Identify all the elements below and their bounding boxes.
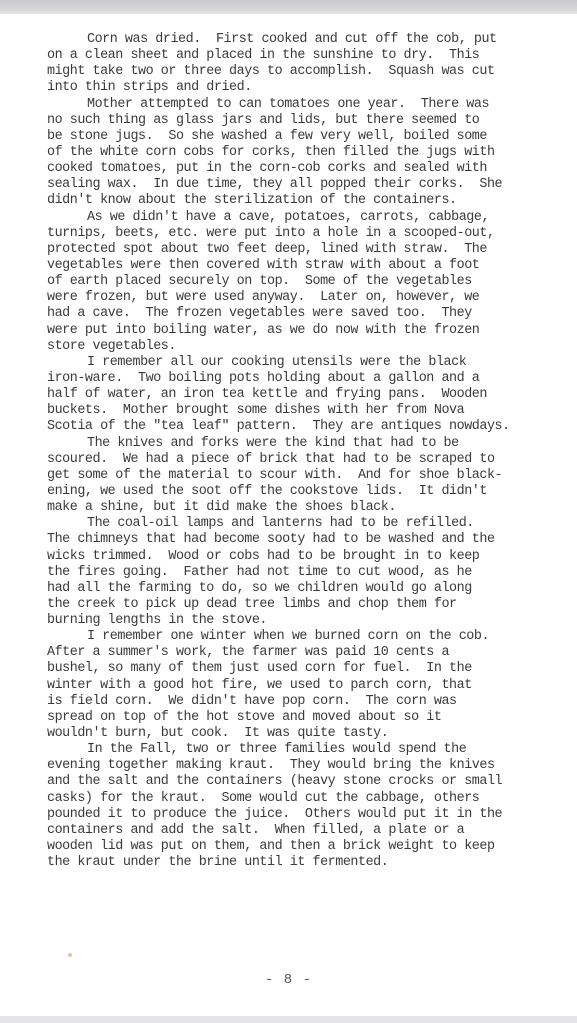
text-line: is field corn. We didn't have pop corn. … (47, 694, 567, 710)
text-line: into thin strips and dried. (47, 80, 567, 96)
text-line: casks) for the kraut. Some would cut the… (47, 791, 567, 807)
text-line: of earth placed securely on top. Some of… (47, 274, 567, 290)
document-body-text: Corn was dried. First cooked and cut off… (47, 32, 567, 871)
text-line: The knives and forks were the kind that … (47, 436, 567, 452)
text-line: ening, we used the soot off the cookstov… (47, 484, 567, 500)
text-line: had all the farming to do, so we childre… (47, 581, 567, 597)
scan-speck (68, 953, 72, 957)
text-line: Mother attempted to can tomatoes one yea… (47, 97, 567, 113)
text-line: make a shine, but it did make the shoes … (47, 500, 567, 516)
text-line: evening together making kraut. They woul… (47, 758, 567, 774)
text-line: buckets. Mother brought some dishes with… (47, 403, 567, 419)
text-line: I remember one winter when we burned cor… (47, 629, 567, 645)
text-line: wooden lid was put on them, and then a b… (47, 839, 567, 855)
text-line: on a clean sheet and placed in the sunsh… (47, 48, 567, 64)
viewer-bottom-bar (0, 1016, 577, 1023)
text-line: As we didn't have a cave, potatoes, carr… (47, 210, 567, 226)
text-line: burning lengths in the stove. (47, 613, 567, 629)
text-line: of the white corn cobs for corks, then f… (47, 145, 567, 161)
text-line: were put into boiling water, as we do no… (47, 323, 567, 339)
viewer-top-bar (0, 0, 577, 14)
text-line: I remember all our cooking utensils were… (47, 355, 567, 371)
text-line: the creek to pick up dead tree limbs and… (47, 597, 567, 613)
text-line: scoured. We had a piece of brick that ha… (47, 452, 567, 468)
text-line: get some of the material to scour with. … (47, 468, 567, 484)
text-line: had a cave. The frozen vegetables were s… (47, 306, 567, 322)
text-line: cooked tomatoes, put in the corn-cob cor… (47, 161, 567, 177)
text-line: The coal-oil lamps and lanterns had to b… (47, 516, 567, 532)
text-line: The chimneys that had become sooty had t… (47, 532, 567, 548)
text-line: might take two or three days to accompli… (47, 64, 567, 80)
text-line: didn't know about the sterilization of t… (47, 193, 567, 209)
text-line: the kraut under the brine until it ferme… (47, 855, 567, 871)
text-line: and the salt and the containers (heavy s… (47, 774, 567, 790)
text-line: Corn was dried. First cooked and cut off… (47, 32, 567, 48)
text-line: In the Fall, two or three families would… (47, 742, 567, 758)
text-line: iron-ware. Two boiling pots holding abou… (47, 371, 567, 387)
text-line: were frozen, but were used anyway. Later… (47, 290, 567, 306)
text-line: containers and add the salt. When filled… (47, 823, 567, 839)
text-line: protected spot about two feet deep, line… (47, 242, 567, 258)
text-line: no such thing as glass jars and lids, bu… (47, 113, 567, 129)
text-line: winter with a good hot fire, we used to … (47, 678, 567, 694)
text-line: turnips, beets, etc. were put into a hol… (47, 226, 567, 242)
text-line: After a summer's work, the farmer was pa… (47, 645, 567, 661)
text-line: be stone jugs. So she washed a few very … (47, 129, 567, 145)
document-page: Corn was dried. First cooked and cut off… (0, 14, 577, 1016)
text-line: bushel, so many of them just used corn f… (47, 661, 567, 677)
text-line: sealing wax. In due time, they all poppe… (47, 177, 567, 193)
page-number: - 8 - (0, 972, 577, 988)
text-line: vegetables were then covered with straw … (47, 258, 567, 274)
text-line: wicks trimmed. Wood or cobs had to be br… (47, 549, 567, 565)
text-line: Scotia of the "tea leaf" pattern. They a… (47, 419, 567, 435)
text-line: store vegetables. (47, 339, 567, 355)
text-line: half of water, an iron tea kettle and fr… (47, 387, 567, 403)
text-line: the fires going. Father had not time to … (47, 565, 567, 581)
text-line: wouldn't burn, but cook. It was quite ta… (47, 726, 567, 742)
text-line: pounded it to produce the juice. Others … (47, 807, 567, 823)
text-line: spread on top of the hot stove and moved… (47, 710, 567, 726)
